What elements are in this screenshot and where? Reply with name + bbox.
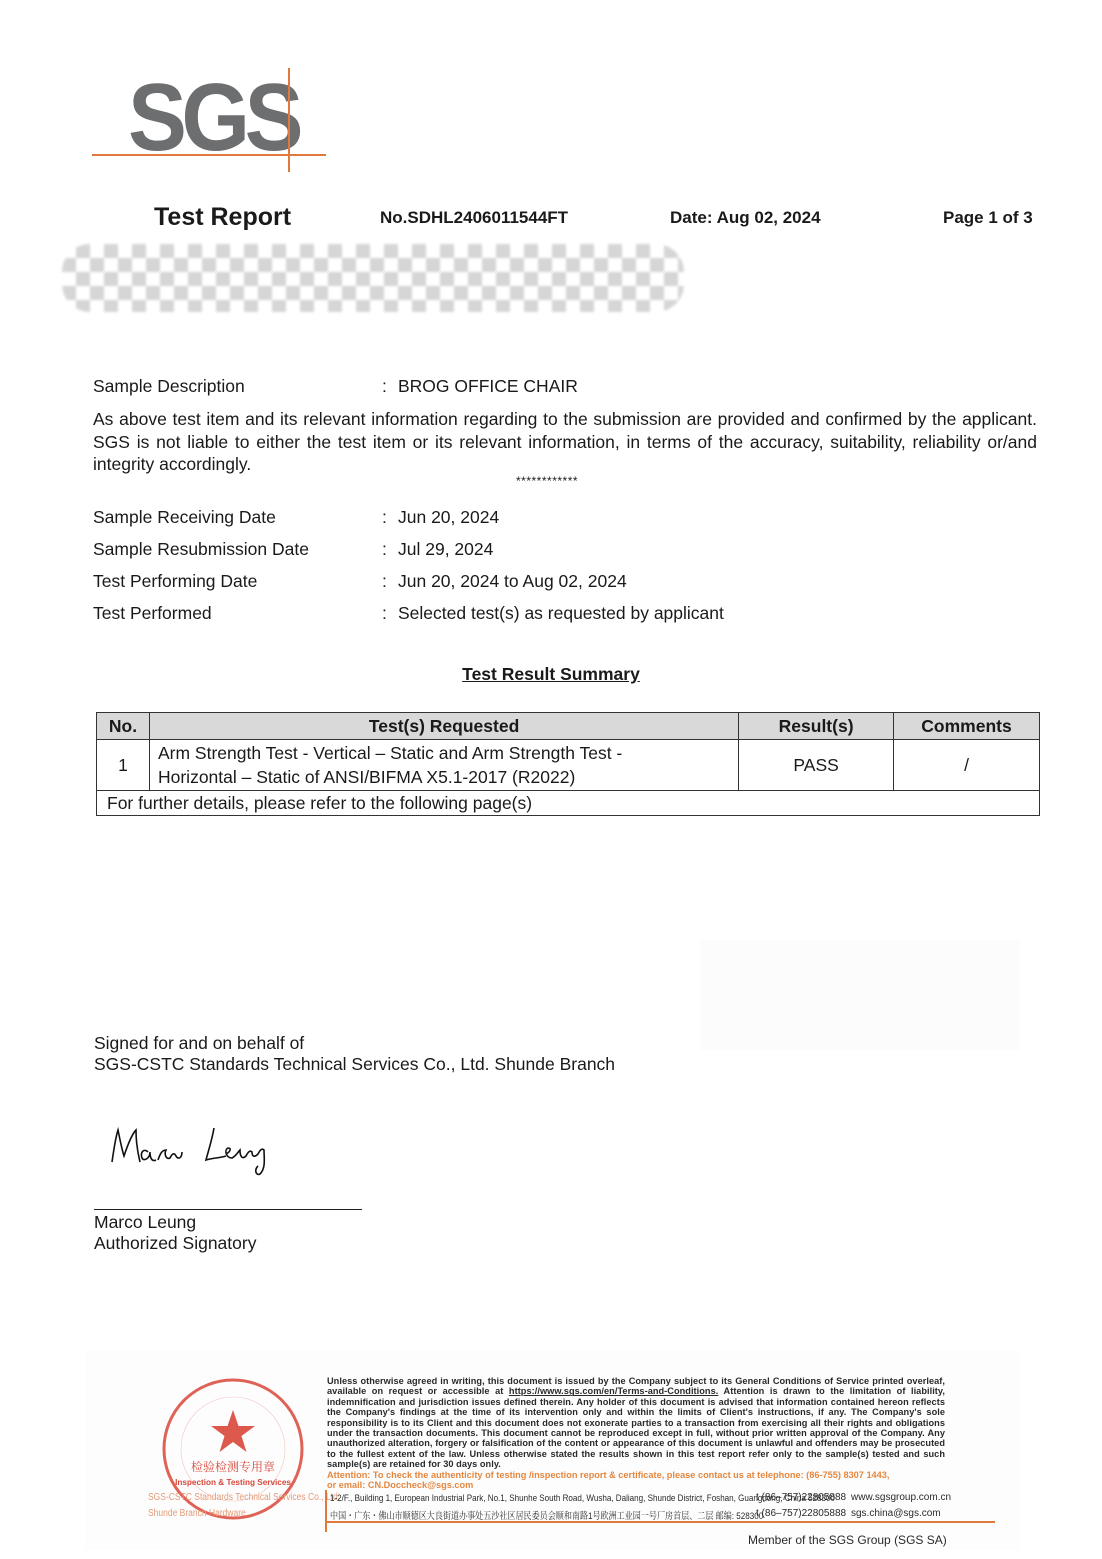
phone-english: t (86–757)22805888 bbox=[756, 1492, 846, 1503]
page-indicator: Page 1 of 3 bbox=[943, 208, 1033, 228]
test-line-1: Arm Strength Test - Vertical – Static an… bbox=[158, 741, 730, 765]
legal-text-post: Attention is drawn to the limitation of … bbox=[327, 1386, 945, 1469]
column-header-no: No. bbox=[97, 713, 150, 740]
logo-text: SGS bbox=[128, 68, 298, 168]
stamp-cn-text: 检验检测专用章 bbox=[191, 1459, 275, 1474]
cell-no: 1 bbox=[97, 740, 150, 791]
address-chinese: 中国・广东・佛山市顺德区大良街道办事处五沙社区居民委员会顺和南路1号欧洲工业园一… bbox=[330, 1508, 763, 1522]
receiving-date-value: Jun 20, 2024 bbox=[398, 507, 499, 528]
colon: : bbox=[382, 603, 387, 624]
redacted-applicant-block bbox=[62, 244, 684, 312]
signer-name: Marco Leung bbox=[94, 1212, 196, 1233]
resubmission-date-label: Sample Resubmission Date bbox=[93, 539, 309, 560]
legal-terms: Unless otherwise agreed in writing, this… bbox=[327, 1376, 945, 1470]
blank-area bbox=[700, 940, 1020, 1050]
test-performed-value: Selected test(s) as requested by applica… bbox=[398, 603, 724, 624]
test-line-2: Horizontal – Static of ANSI/BIFMA X5.1-2… bbox=[158, 765, 730, 789]
further-details-note: For further details, please refer to the… bbox=[97, 791, 1040, 816]
receiving-date-label: Sample Receiving Date bbox=[93, 507, 276, 528]
stamp-caption: SGS-CSTC Standards Technical Services Co… bbox=[148, 1490, 340, 1522]
cell-test: Arm Strength Test - Vertical – Static an… bbox=[149, 740, 738, 791]
resubmission-date-value: Jul 29, 2024 bbox=[398, 539, 493, 560]
member-of-sgs-group: Member of the SGS Group (SGS SA) bbox=[748, 1533, 947, 1547]
performing-date-value: Jun 20, 2024 to Aug 02, 2024 bbox=[398, 571, 627, 592]
address-accent-bar bbox=[325, 1490, 327, 1532]
signed-on-behalf-line: Signed for and on behalf of bbox=[94, 1033, 304, 1054]
sample-description-label: Sample Description bbox=[93, 376, 245, 397]
table-footer-row: For further details, please refer to the… bbox=[97, 791, 1040, 816]
phone-chinese: t (86–757)22805888 bbox=[756, 1508, 846, 1519]
logo-vertical-rule bbox=[288, 68, 290, 172]
colon: : bbox=[382, 376, 387, 397]
table-header-row: No. Test(s) Requested Result(s) Comments bbox=[97, 713, 1040, 740]
results-table: No. Test(s) Requested Result(s) Comments… bbox=[96, 712, 1040, 816]
signature-line bbox=[94, 1209, 362, 1210]
attention-line-1: Attention: To check the authenticity of … bbox=[327, 1470, 947, 1480]
report-title: Test Report bbox=[154, 203, 291, 232]
report-date: Date: Aug 02, 2024 bbox=[670, 208, 821, 228]
stamp-caption-line-1: SGS-CSTC Standards Technical Services Co… bbox=[148, 1490, 340, 1506]
signing-company: SGS-CSTC Standards Technical Services Co… bbox=[94, 1054, 615, 1075]
cell-comments: / bbox=[894, 740, 1040, 791]
report-number: No.SDHL2406011544FT bbox=[380, 208, 568, 228]
website[interactable]: www.sgsgroup.com.cn bbox=[851, 1492, 951, 1503]
colon: : bbox=[382, 571, 387, 592]
sgs-logo: SGS bbox=[92, 68, 328, 174]
signer-role: Authorized Signatory bbox=[94, 1233, 256, 1254]
column-header-result: Result(s) bbox=[739, 713, 894, 740]
column-header-test: Test(s) Requested bbox=[149, 713, 738, 740]
terms-link[interactable]: https://www.sgs.com/en/Terms-and-Conditi… bbox=[509, 1386, 718, 1396]
summary-title: Test Result Summary bbox=[0, 664, 1102, 685]
applicant-disclaimer: As above test item and its relevant info… bbox=[93, 408, 1037, 476]
performing-date-label: Test Performing Date bbox=[93, 571, 257, 592]
colon: : bbox=[382, 539, 387, 560]
stamp-caption-line-2: Shunde Branch Hardware bbox=[148, 1506, 340, 1522]
colon: : bbox=[382, 507, 387, 528]
separator-stars: ************ bbox=[516, 474, 578, 488]
test-performed-label: Test Performed bbox=[93, 603, 212, 624]
contact-email[interactable]: sgs.china@sgs.com bbox=[851, 1508, 941, 1519]
handwritten-signature bbox=[108, 1118, 278, 1178]
cell-result: PASS bbox=[739, 740, 894, 791]
stamp-en-text: Inspection & Testing Services bbox=[175, 1478, 291, 1487]
logo-horizontal-rule bbox=[92, 154, 326, 156]
table-row: 1 Arm Strength Test - Vertical – Static … bbox=[97, 740, 1040, 791]
sample-description-value: BROG OFFICE CHAIR bbox=[398, 376, 578, 397]
attention-line-2: or email: CN.Doccheck@sgs.com bbox=[327, 1480, 947, 1490]
authenticity-notice: Attention: To check the authenticity of … bbox=[327, 1470, 947, 1491]
column-header-comments: Comments bbox=[894, 713, 1040, 740]
footer-divider bbox=[327, 1521, 995, 1523]
